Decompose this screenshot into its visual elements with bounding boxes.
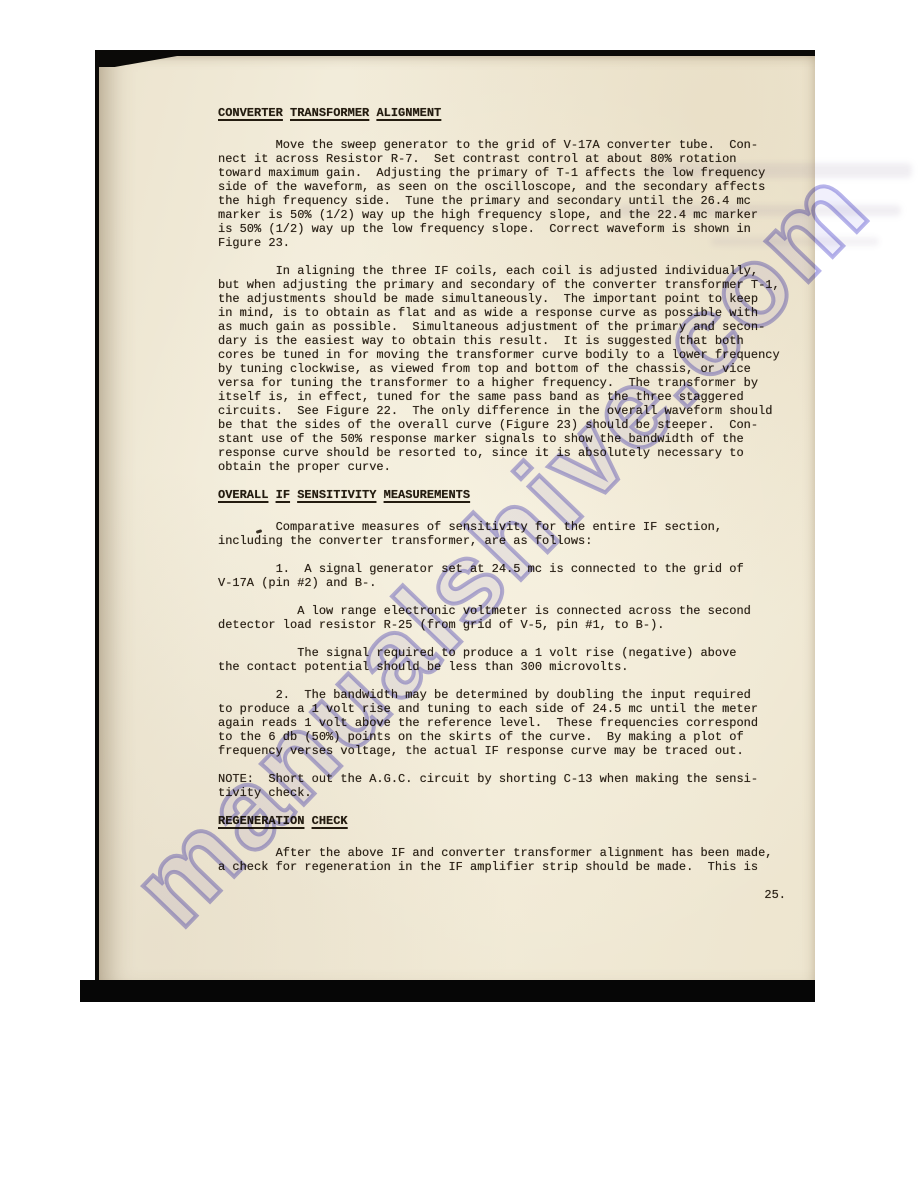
page-number: 25. bbox=[218, 888, 792, 902]
paragraph: Move the sweep generator to the grid of … bbox=[218, 138, 792, 250]
page-content: CONVERTER TRANSFORMER ALIGNMENT Move the… bbox=[218, 106, 792, 902]
section-heading-converter-transformer-alignment: CONVERTER TRANSFORMER ALIGNMENT bbox=[218, 106, 792, 120]
scan-top-edge bbox=[99, 50, 815, 56]
paragraph: The signal required to produce a 1 volt … bbox=[218, 646, 792, 674]
paragraph: After the above IF and converter transfo… bbox=[218, 846, 792, 874]
note-paragraph: NOTE: Short out the A.G.C. circuit by sh… bbox=[218, 772, 792, 800]
paragraph: In aligning the three IF coils, each coi… bbox=[218, 264, 792, 474]
paragraph: Comparative measures of sensitivity for … bbox=[218, 520, 792, 548]
paragraph: 1. A signal generator set at 24.5 mc is … bbox=[218, 562, 792, 590]
scan-bottom-bar bbox=[80, 980, 815, 1002]
paragraph: A low range electronic voltmeter is conn… bbox=[218, 604, 792, 632]
paragraph: 2. The bandwidth may be determined by do… bbox=[218, 688, 792, 758]
section-heading-regeneration-check: REGENERATION CHECK bbox=[218, 814, 792, 828]
section-heading-overall-if-sensitivity-measurements: OVERALL IF SENSITIVITY MEASUREMENTS bbox=[218, 488, 792, 502]
scanned-page: CONVERTER TRANSFORMER ALIGNMENT Move the… bbox=[99, 55, 815, 984]
